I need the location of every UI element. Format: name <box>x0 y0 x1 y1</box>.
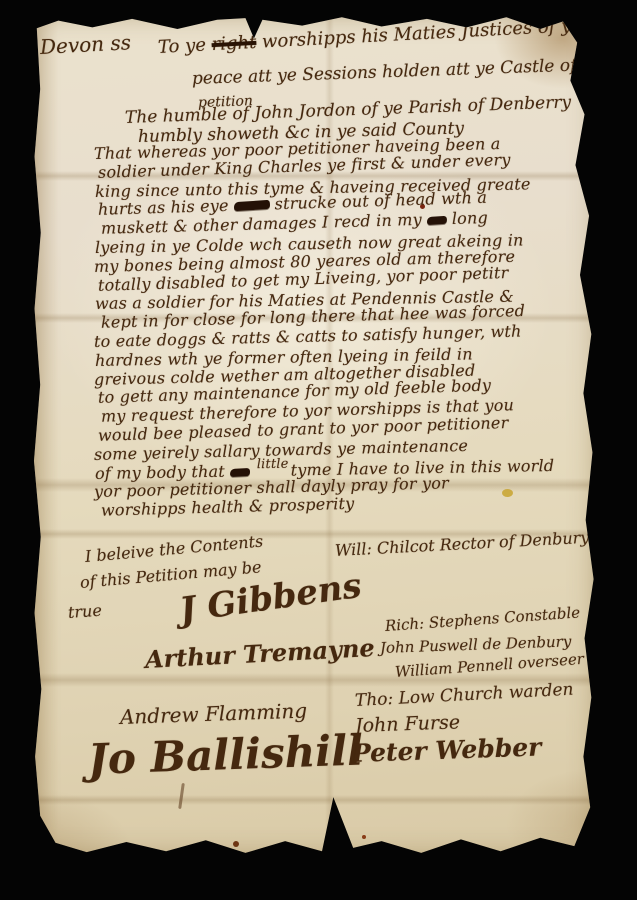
signature-webber: Peter Webber <box>351 732 541 768</box>
heading-text: worshipps his Maties Justices of ye <box>256 15 583 53</box>
attestation-line-3: true <box>67 601 102 622</box>
signature-tremayne: Arthur Tremayne <box>144 633 375 674</box>
heading-text: To ye <box>157 34 212 58</box>
fiber-mark <box>178 783 185 809</box>
petition-paper: Devon ss To ye right worshipps his Matie… <box>30 13 597 858</box>
ink-stain <box>362 835 366 839</box>
inserted-word-little: little <box>257 456 289 472</box>
county-mark: Devon ss <box>39 30 131 59</box>
manuscript-photo: Devon ss To ye right worshipps his Matie… <box>0 0 637 900</box>
witness-furse: John Furse <box>355 711 461 737</box>
ink-blot <box>230 467 250 476</box>
heading-line-2: peace att ye Sessions holden att ye Cast… <box>192 54 626 89</box>
signature-ballishill: Jo Ballishill <box>87 725 364 784</box>
heading-line-1: To ye right worshipps his Maties Justice… <box>157 15 582 58</box>
witness-chilcot: Will: Chilcot Rector of Denbury <box>335 528 590 560</box>
petition-body: That whereas yor poor petitioner haveing… <box>94 144 599 520</box>
ink-stain <box>233 841 239 847</box>
ink-blot <box>427 215 447 224</box>
line-text: long <box>452 208 489 228</box>
witness-stephens: Rich: Stephens Constable <box>384 603 580 635</box>
crease-line <box>30 795 597 805</box>
witness-low: Tho: Low Church warden <box>354 680 573 711</box>
ink-blot <box>233 200 270 211</box>
struck-word: right <box>211 32 257 55</box>
signature-flamming: Andrew Flamming <box>120 698 308 729</box>
